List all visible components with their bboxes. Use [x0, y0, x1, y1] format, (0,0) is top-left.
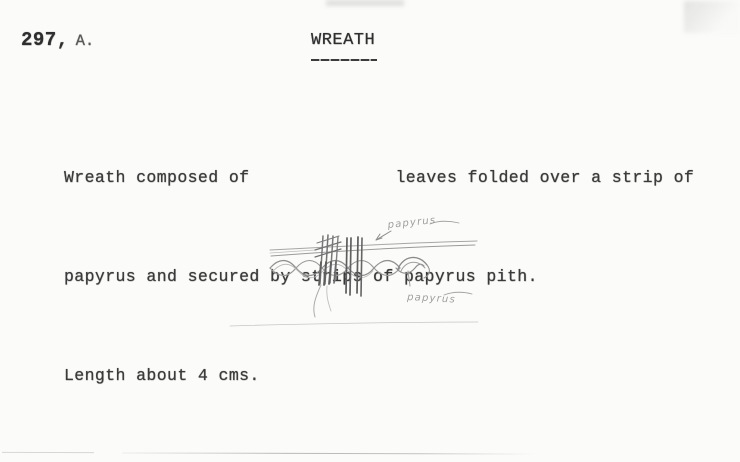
description-line-1: Wreath composed ofleaves folded over a s… — [64, 161, 694, 194]
scan-line-left — [2, 452, 94, 453]
description-line-3: Length about 4 cms. — [64, 359, 694, 392]
catalog-card: 297,A. WREATH Wreath composed ofleaves f… — [0, 0, 740, 462]
pith-binding-crosshatch — [315, 235, 341, 285]
sketch-baseline — [230, 322, 478, 326]
card-title-text: WREATH — [311, 31, 377, 50]
catalog-number-value: 297, — [21, 29, 69, 51]
loose-strand — [314, 285, 331, 317]
sketch-label-papyrus-top: papyrus — [386, 215, 437, 231]
scan-smudge-top — [326, 0, 404, 6]
title-underline — [311, 59, 377, 61]
description-line-1-right: leaves folded over a strip of — [395, 168, 694, 187]
description-line-1-left: Wreath composed of — [64, 168, 249, 187]
card-title: WREATH — [311, 31, 377, 61]
catalog-number: 297,A. — [21, 29, 94, 51]
wreath-sketch: papyrus papyrus — [225, 205, 485, 340]
catalog-suffix: A. — [76, 32, 95, 50]
wreath-sketch-drawing: papyrus papyrus — [225, 205, 485, 340]
papyrus-strip-lines — [270, 241, 477, 256]
bottom-label-pointer — [408, 271, 472, 295]
scan-smudge-corner — [684, 1, 740, 33]
sketch-label-papyrus-bottom: papyrus — [406, 292, 456, 306]
